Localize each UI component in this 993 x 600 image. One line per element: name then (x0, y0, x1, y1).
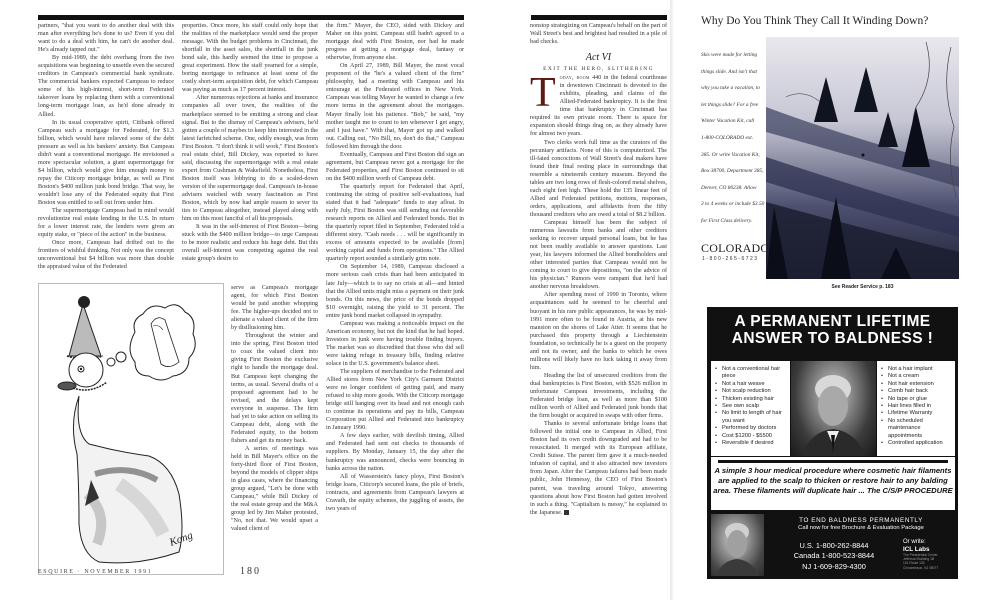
phone-number: U.S. 1-800-262-8844 (775, 541, 893, 551)
list-item: No tape or glue (881, 396, 953, 403)
paragraph: Campeau was making a noticeable impact o… (326, 320, 464, 368)
article-column-2: properties. Once more, his staff could o… (182, 22, 318, 263)
list-item: Not a conventional hair piece (715, 366, 788, 381)
ad-copy-line: Skis were made for letting (701, 47, 765, 64)
paragraph: the firm." Mayer, the CEO, sided with Di… (326, 22, 464, 62)
feature-list-right: Not a hair implant Not a cream Not hair … (877, 361, 955, 456)
paragraph: All of Wasserstein's fancy ploys, First … (326, 473, 464, 513)
lead-paragraph: Today, room 440 in the federal courthous… (530, 74, 667, 138)
lead-smallcaps: oday, room (560, 75, 590, 81)
paragraph: In its usual cooperative spirit, Citiban… (38, 119, 174, 208)
paragraph: It was in the self-interest of First Bos… (182, 223, 318, 263)
article-column-1: partners, "that you want to do another d… (38, 22, 174, 271)
list-item: Performed by doctors (715, 425, 788, 432)
paragraph: The suppliers of merchandise to the Fede… (326, 368, 464, 432)
paragraph: nonstop strategizing on Campeau's behalf… (530, 22, 667, 46)
baldness-ad: A PERMANENT LIFETIME ANSWER TO BALDNESS … (707, 307, 958, 579)
section-subtitle: Exit the hero, slithering (530, 64, 667, 74)
colorado-ad-headline: Why Do You Think They Call It Winding Do… (701, 15, 991, 27)
paragraph: On September 14, 1989, Campeau disclosed… (326, 263, 464, 319)
page-number: 180 (240, 566, 261, 577)
paragraph-text: Thanks to several unfortunate bridge loa… (530, 421, 667, 516)
list-item: No limit to length of hair you want (715, 410, 788, 425)
baldness-ad-headline: A PERMANENT LIFETIME ANSWER TO BALDNESS … (707, 313, 958, 347)
clown-figure-icon: Kong (39, 284, 225, 576)
paragraph: A series of meetings was held in Bill Ma… (231, 445, 318, 534)
list-item: See own scalp (715, 403, 788, 410)
mailing-address: Or write: ICL Labs The Presidential Cent… (903, 539, 955, 570)
headline-line: A PERMANENT LIFETIME (707, 313, 958, 330)
snowy-slope-trees-icon (766, 37, 959, 279)
ad-copy-line: 385. Or write Vacation Kit, (701, 147, 765, 164)
procedure-description: A simple 3 hour medical procedure where … (711, 457, 955, 510)
list-item: Hair lines filled in (881, 403, 953, 410)
article-column-3: the firm." Mayer, the CEO, sided with Di… (326, 22, 464, 513)
list-item: Controlled application (881, 440, 953, 447)
cta-heading: TO END BALDNESS PERMANENTLY (767, 517, 955, 524)
headline-line: ANSWER TO BALDNESS ! (707, 330, 958, 347)
paragraph: After numerous rejections at banks and i… (182, 94, 318, 223)
magazine-footer: ESQUIRE · NOVEMBER 1991 (38, 569, 152, 575)
paragraph: Thanks to several unfortunate bridge loa… (530, 420, 667, 517)
list-item: Not a cream (881, 373, 953, 380)
description-text: A simple 3 hour medical procedure where … (711, 466, 955, 496)
cta-subheading: Call now for free Brochure & Evaluation … (767, 525, 955, 531)
ad-copy-line: let things slide? For a free (701, 97, 765, 114)
paragraph: After spending most of 1990 in Toronto, … (530, 291, 667, 371)
list-item: No scheduled maintenance appointments (881, 418, 953, 440)
ad-copy-line: 3 to 4 weeks or include $3.50 (701, 196, 765, 213)
ad-copy-line: things slide. And isn't that (701, 64, 765, 81)
colorado-phone: 1-800-265-6723 (702, 256, 759, 262)
cartoon-illustration: Kong (38, 283, 224, 575)
reader-service-note: See Reader Service p. 183 (766, 284, 959, 290)
list-item: Not scalp reduction (715, 388, 788, 395)
doctor-portrait-photo (711, 514, 764, 576)
ad-copy-line: why you take a vacation, to (701, 80, 765, 97)
feature-list-left: Not a conventional hair piece Not a hair… (711, 361, 790, 456)
list-item: Lifetime Warranty (881, 410, 953, 417)
ski-slope-photo (766, 37, 959, 279)
list-item: Not a hair implant (881, 366, 953, 373)
paragraph: properties. Once more, his staff could o… (182, 22, 318, 94)
phone-numbers: U.S. 1-800-262-8844 Canada 1-800-523-884… (775, 541, 893, 572)
list-item: Reversible if desired (715, 440, 788, 447)
colorado-logo: COLORADO (701, 241, 769, 256)
section-title: Act VI (530, 52, 667, 64)
list-item: Comb hair back (881, 388, 953, 395)
paragraph: Two clerks work full time as the curator… (530, 139, 667, 219)
paragraph: Campeau himself has been the subject of … (530, 219, 667, 291)
end-mark-icon (564, 510, 569, 515)
article-column-2-narrow: serve as Campeau's mortgage agent, for w… (231, 284, 318, 533)
write-label: Or write: (903, 539, 955, 546)
paragraph: partners, "that you want to do another d… (38, 22, 174, 54)
paragraph: Heading the list of unsecured creditors … (530, 372, 667, 420)
paragraph: Once more, Campeau had drifted out to th… (38, 239, 174, 271)
header-rule-right-page (531, 15, 667, 20)
ad-copy-line: Denver, CO 80238. Allow (701, 180, 765, 197)
paragraph: On April 27, 1989, Bill Mayer, the most … (326, 62, 464, 151)
header-rule-left-page (38, 15, 464, 20)
list-item: Not hair extension (881, 381, 953, 388)
paragraph: The quarterly report for Federated that … (326, 183, 464, 263)
address-line: Cinnaminson, NJ 08077 (903, 566, 955, 570)
man-portrait-photo (791, 361, 876, 456)
paragraph: The supermortgage Campeau had in mind wo… (38, 207, 174, 239)
ad-copy-line: Box 38700, Department 385, (701, 163, 765, 180)
ad-copy-line: Winter Vacation Kit, call (701, 113, 765, 130)
divider-rule (718, 460, 948, 463)
article-column-4: nonstop strategizing on Campeau's behalf… (530, 22, 667, 517)
company-name: ICL Labs (903, 546, 955, 553)
paragraph: Throughout the winter and into the sprin… (231, 332, 318, 445)
paragraph: serve as Campeau's mortgage agent, for w… (231, 284, 318, 332)
ad-copy-line: 1-800-COLORADO ext. (701, 130, 765, 147)
page-gutter (670, 0, 673, 600)
paragraph: A few days earlier, with devilish timing… (326, 432, 464, 472)
portrait-silhouette-icon (711, 514, 764, 576)
list-item: Cost $1200 - $5500 (715, 433, 788, 440)
list-item: Not a hair weave (715, 381, 788, 388)
list-item: Thicken existing hair (715, 396, 788, 403)
paragraph: Eventually, Campeau and First Boston did… (326, 151, 464, 183)
ad-copy-line: for First Class delivery. (701, 213, 765, 230)
phone-number: Canada 1-800-523-8844 (775, 551, 893, 561)
portrait-silhouette-icon (791, 361, 876, 456)
drop-cap: T (530, 76, 556, 110)
colorado-ad-copy: Skis were made for letting things slide.… (701, 47, 765, 230)
paragraph: By mid-1989, the debt overhang from the … (38, 54, 174, 118)
phone-number: NJ 1-609-829-4300 (775, 562, 893, 572)
